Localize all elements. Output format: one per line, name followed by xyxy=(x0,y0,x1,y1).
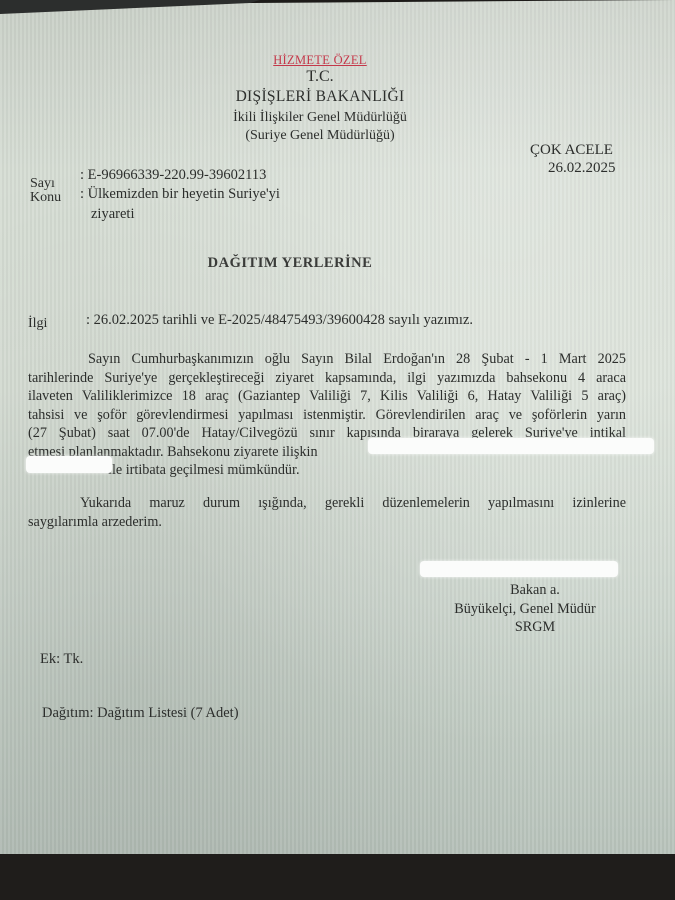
redaction-bar-signature xyxy=(420,561,618,577)
body-paragraph-1: Sayın Cumhurbaşkanımızın oğlu Sayın Bila… xyxy=(28,350,626,480)
sayi-value: : E-96966339-220.99-39602113 xyxy=(80,167,266,184)
attachment-note: Ek: Tk. xyxy=(40,651,83,668)
paragraph-line: tarihlerinde Suriye'ye gerçekleştireceği… xyxy=(28,369,626,388)
paragraph-line: ile irtibata geçilmesi mümkündür. xyxy=(28,461,626,480)
paragraph-line: saygılarımla arzederim. xyxy=(28,513,626,532)
header-department: İkili İlişkiler Genel Müdürlüğü xyxy=(0,110,640,126)
header-ministry: DIŞİŞLERİ BAKANLIĞI xyxy=(0,88,640,106)
official-letter: HİZMETE ÖZEL T.C. DIŞİŞLERİ BAKANLIĞI İk… xyxy=(0,0,675,900)
signature-unit: SRGM xyxy=(430,618,620,637)
addressee-heading: DAĞITIM YERLERİNE xyxy=(0,255,580,272)
paragraph-line: Yukarıda maruz durum ışığında, gerekli d… xyxy=(28,494,626,513)
document-date: 26.02.2025 xyxy=(548,160,616,177)
distribution-note: Dağıtım: Dağıtım Listesi (7 Adet) xyxy=(42,705,239,722)
reference-label: İlgi xyxy=(28,316,47,332)
urgency-label: ÇOK ACELE xyxy=(530,142,613,159)
konu-label: Konu xyxy=(30,190,61,206)
signature-block: Bakan a. Büyükelçi, Genel Müdür SRGM xyxy=(430,581,620,637)
signature-line: Bakan a. xyxy=(430,581,620,600)
signature-title: Büyükelçi, Genel Müdür xyxy=(430,600,620,619)
konu-value: : Ülkemizden bir heyetin Suriye'yi xyxy=(80,186,280,203)
redaction-bar xyxy=(26,456,112,473)
paragraph-line: tahsisi ve şoför görevlendirmesi yapılma… xyxy=(28,406,626,425)
body-paragraph-2: Yukarıda maruz durum ışığında, gerekli d… xyxy=(28,494,626,531)
classification-label: HİZMETE ÖZEL xyxy=(0,53,640,68)
konu-value-continued: ziyareti xyxy=(91,206,134,223)
monitor-bezel-bottom xyxy=(0,854,675,900)
paragraph-line: Sayın Cumhurbaşkanımızın oğlu Sayın Bila… xyxy=(28,350,626,369)
header-state: T.C. xyxy=(0,68,640,86)
redaction-bar xyxy=(368,438,654,454)
paragraph-line: ilaveten Valiliklerimizce 18 araç (Gazia… xyxy=(28,387,626,406)
reference-value: : 26.02.2025 tarihli ve E-2025/48475493/… xyxy=(86,312,473,329)
